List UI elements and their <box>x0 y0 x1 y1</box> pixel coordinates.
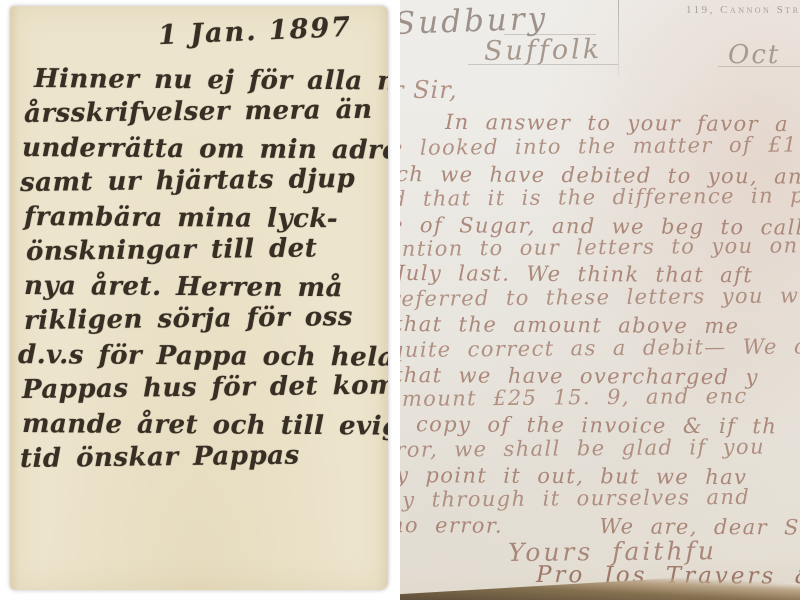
left-letter-line: underrätta om min adress, <box>22 133 388 166</box>
right-letter-line: rror, we shall be glad if you <box>400 435 765 462</box>
left-letter-line: tid önskar Pappas <box>20 441 300 474</box>
left-letter-card: 1 Jan. 1897 Hinner nu ej för alla ny- år… <box>10 6 388 590</box>
left-letter-line: samt ur hjärtats djup <box>20 164 356 198</box>
right-letter-line: referred to these letters you w <box>400 283 799 311</box>
printed-letterhead: 119, Cannon Street <box>686 4 800 16</box>
right-letter-line: no error. We are, dear Sir <box>400 513 800 540</box>
left-letter-line: mande året och till evig <box>22 409 388 442</box>
right-letter-line: ention to our letters to you on th <box>400 233 800 261</box>
left-letter-line: d.v.s för Pappa och hela <box>18 340 388 373</box>
left-letter-line: rikligen sörja för oss <box>24 302 353 336</box>
left-letter-line: årsskrifvelser mera än <box>24 95 373 129</box>
right-letter-photo: 119, Cannon Street Sudbury Suffolk Oct r… <box>400 0 800 600</box>
right-letter-line: July last. We think that aft <box>400 261 753 287</box>
right-letter-line: lly through it ourselves and <box>400 485 750 512</box>
two-letters-photo: 1 Jan. 1897 Hinner nu ej för alla ny- år… <box>0 0 800 600</box>
left-letter-date: 1 Jan. 1897 <box>157 12 352 51</box>
right-letter-line: amount £25 15. 9, and enc <box>400 384 748 411</box>
county-name: Suffolk <box>484 34 603 67</box>
left-letter-line: nya året. Herren må <box>24 271 343 303</box>
page-fold-line <box>618 0 619 76</box>
right-letter-line: quite correct as a debit— We c <box>400 334 800 362</box>
salutation: r Sir, <box>400 76 458 104</box>
left-letter-line: Pappas hus för det kom- <box>22 370 388 405</box>
left-letter-line: frambära mina lyck- <box>24 202 338 234</box>
letter-date: Oct <box>728 40 780 70</box>
right-letter-line: d that it is the difference in p <box>400 183 800 211</box>
left-letter-line: Hinner nu ej för alla ny- <box>34 64 388 97</box>
right-letter-line: e looked into the matter of £1 7 <box>400 132 800 160</box>
left-letter-line: önskningar till det <box>26 233 318 267</box>
right-letter-line: that the amount above me <box>400 312 739 338</box>
